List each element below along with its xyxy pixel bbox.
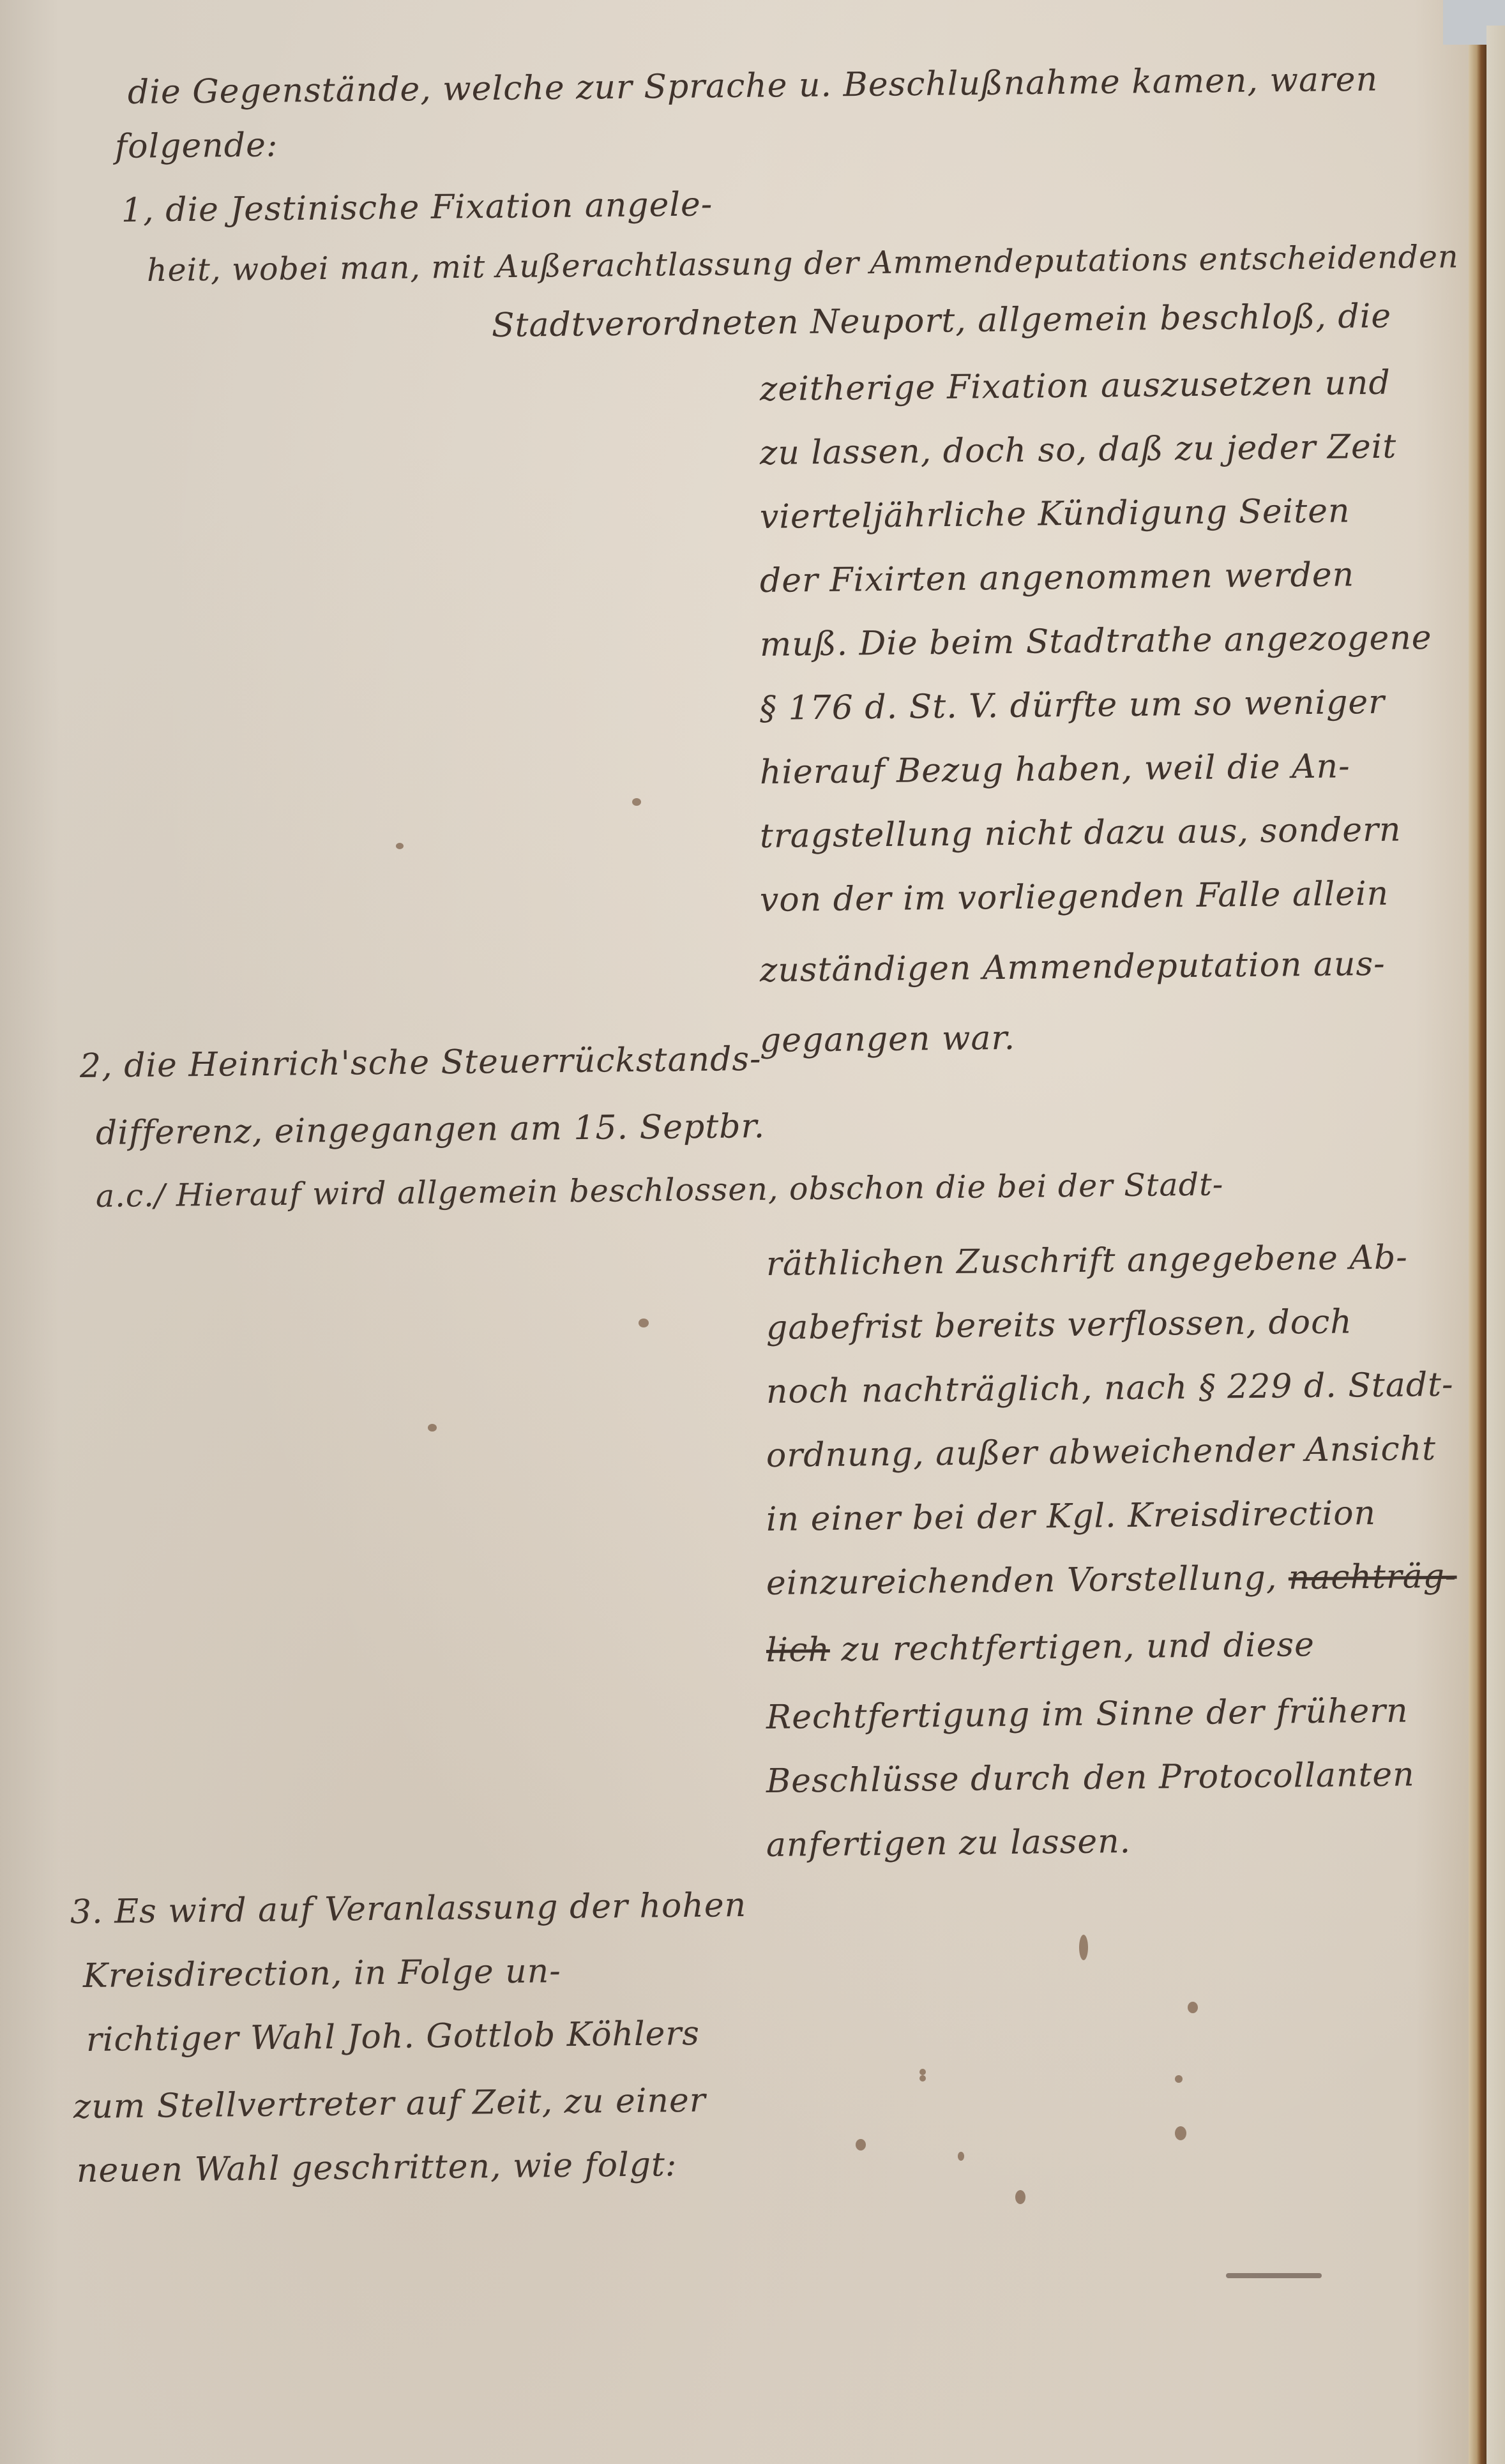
intro-line-1: die Gegenstände, welche zur Sprache u. B… [128,60,1379,112]
ink-specks [1226,2273,1322,2278]
item-3-line-4: zum Stellvertreter auf Zeit, zu einer [73,2082,706,2126]
item-1-right-line-6: § 176 d. St. V. dürfte um so weniger [760,683,1386,728]
item-2-right-line-6: einzureichenden Vorstellung, nachträg- [766,1557,1457,1603]
item-2-line-3: a.c./ Hierauf wird allgemein beschlossen… [96,1167,1224,1214]
item-1-right-line-11: gegangen war. [760,1019,1016,1060]
item-2-right-line-5: in einer bei der Kgl. Kreisdirection [766,1494,1377,1539]
item-3-line-3: richtiger Wahl Joh. Gottlob Köhlers [86,2014,700,2059]
item-2-right-line-10: anfertigen zu lassen. [766,1822,1131,1864]
item-1-right-line-2: zu lassen, doch so, daß zu jeder Zeit [760,428,1397,472]
item-2-right-line-4: ordnung, außer abweichender Ansicht [766,1430,1437,1475]
item-1-line-1: 1, die Jestinische Fixation angele- [121,185,713,230]
item-1-line-2: heit, wobei man, mit Außerachtlassung de… [147,238,1459,289]
line-text: zu rechtfertigen, und diese [841,1626,1315,1669]
stain [958,2152,964,2161]
book-binding-edge [1469,45,1486,2464]
stain [1175,2075,1183,2083]
item-2-right-line-3: noch nachträglich, nach § 229 d. Stadt- [766,1366,1454,1411]
stain [1175,2126,1186,2140]
item-2-right-line-2: gabefrist bereits verflossen, doch [766,1303,1352,1347]
item-2-right-line-1: räthlichen Zuschrift angegebene Ab- [766,1238,1408,1283]
item-1-right-line-7: hierauf Bezug haben, weil die An- [760,747,1350,792]
stain [1015,2190,1025,2204]
item-1-right-line-10: zuständigen Ammendeputation aus- [760,945,1386,990]
stain [632,798,641,806]
item-1-right-line-8: tragstellung nicht dazu aus, sondern [760,810,1402,856]
item-2-right-line-8: Rechtfertigung im Sinne der frühern [766,1691,1409,1737]
item-1-right-line-1: zeitherige Fixation auszusetzen und [760,364,1391,409]
stain [396,843,404,849]
stain [639,1319,649,1327]
manuscript-page: die Gegenstände, welche zur Sprache u. B… [0,0,1474,2464]
struck-text: nachträg- [1289,1557,1457,1598]
stain [1079,1935,1088,1960]
item-1-right-line-5: muß. Die beim Stadtrathe angezogene [760,619,1432,664]
item-3-line-2: Kreisdirection, in Folge un- [83,1952,561,1995]
stain [856,2139,866,2150]
stain [919,2075,926,2082]
item-2-line-1: 2, die Heinrich'sche Steuerrückstands- [80,1040,762,1085]
stain [919,2069,926,2075]
line-text: einzureichenden Vorstellung, [766,1559,1278,1603]
next-page-edge [1486,26,1505,2464]
struck-text: lich [766,1631,830,1670]
item-1-line-3: Stadtverordneten Neuport, allgemein besc… [492,297,1392,345]
item-2-right-line-7: lich zu rechtfertigen, und diese [766,1626,1315,1670]
item-3-line-1: 3. Es wird auf Veranlassung der hohen [70,1886,747,1931]
item-3-line-5: neuen Wahl geschritten, wie folgt: [77,2145,677,2190]
item-1-right-line-3: vierteljährliche Kündigung Seiten [760,492,1350,536]
item-1-right-line-4: der Fixirten angenommen werden [760,556,1355,600]
item-2-line-2: differenz, eingegangen am 15. Septbr. [96,1107,766,1153]
item-1-right-line-9: von der im vorliegenden Falle allein [760,875,1389,919]
stain [428,1424,437,1432]
item-2-right-line-9: Beschlüsse durch den Protocollanten [766,1755,1415,1801]
stain [1188,2002,1198,2013]
intro-line-2: folgende: [115,126,278,166]
